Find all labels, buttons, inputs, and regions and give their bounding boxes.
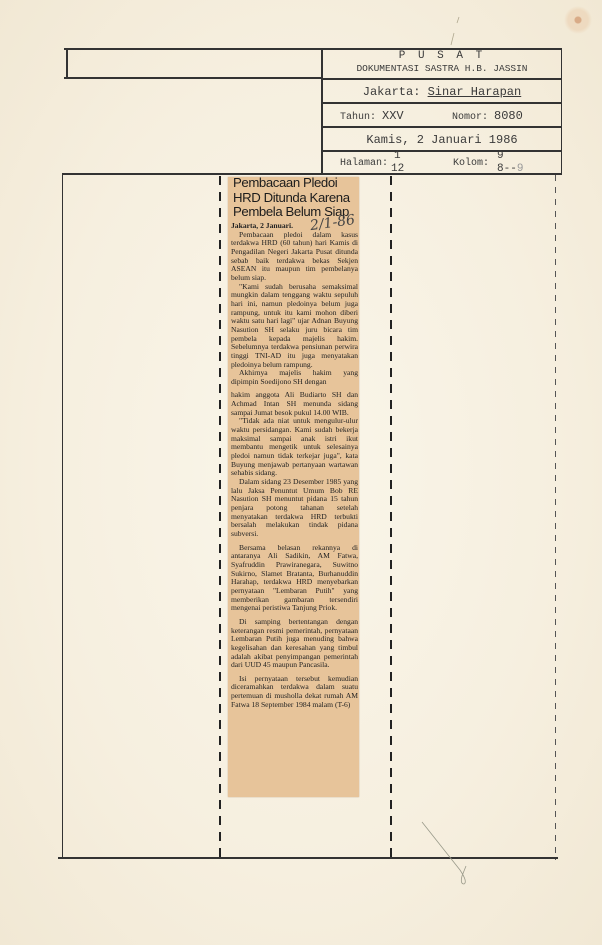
- column-guide-left: [219, 176, 221, 858]
- article-paragraph: Dalam sidang 23 Desember 1985 yang lalu …: [231, 478, 358, 539]
- nomor-label: Nomor:: [452, 112, 488, 123]
- header-row1-bottom: [321, 78, 562, 80]
- publication-name: Sinar Harapan: [428, 85, 522, 99]
- header-row1-bottom-left: [64, 77, 322, 79]
- nomor-field: Nomor: 8080: [452, 109, 523, 123]
- kolom-value-end: 9: [517, 163, 524, 175]
- kolom-value-range: 8--: [497, 163, 517, 175]
- header-row2-bottom: [321, 102, 562, 104]
- institution-line1: P U S A T: [322, 50, 562, 62]
- headline-line-2: HRD Ditunda Karena: [233, 191, 363, 206]
- article-paragraph: Isi pernyataan tersebut kemudian diceram…: [231, 675, 358, 710]
- article-paragraph: Pembacaan pledoi dalam kasus terdakwa HR…: [231, 231, 358, 283]
- article-paragraph: "Tidak ada niat untuk mengulur-ulur wakt…: [231, 417, 358, 478]
- article-dateline: Jakarta, 2 Januari.: [231, 221, 293, 230]
- institution-line2: DOKUMENTASI SASTRA H.B. JASSIN: [322, 63, 562, 74]
- tahun-label: Tahun:: [340, 112, 376, 123]
- header-row3-bottom: [321, 126, 562, 128]
- article-body: Jakarta, 2 Januari. Pembacaan pledoi dal…: [231, 222, 358, 709]
- body-bottom-border: [58, 857, 558, 859]
- halaman-value-bottom: 12: [391, 163, 404, 175]
- publication-row: Jakarta: Sinar Harapan: [322, 85, 562, 99]
- headline-line-1: Pembacaan Pledoi: [233, 176, 363, 191]
- article-paragraph: Di samping bertentangan dengan keteranga…: [231, 618, 358, 670]
- header-row4-bottom: [321, 150, 562, 152]
- tahun-value: XXV: [382, 109, 404, 123]
- article-paragraph: Akhirnya majelis hakim yang dipimpin Soe…: [231, 369, 358, 386]
- header-left-edge: [66, 48, 68, 78]
- halaman-label: Halaman:: [340, 158, 388, 169]
- kolom-value-top: 9: [497, 150, 504, 162]
- city-label: Jakarta:: [363, 85, 421, 99]
- article-paragraph: Bersama belasan rekannya di antaranya Al…: [231, 544, 358, 613]
- pen-mark: [420, 820, 480, 890]
- body-right-edge: [555, 175, 556, 860]
- kolom-label: Kolom:: [453, 158, 489, 169]
- nomor-value: 8080: [494, 109, 523, 123]
- article-paragraph: hakim anggota Ali Budiarto SH dan Achmad…: [231, 391, 358, 417]
- column-guide-right: [390, 176, 392, 860]
- tahun-field: Tahun: XXV: [340, 109, 404, 123]
- body-left-edge: [62, 175, 63, 857]
- issue-date: Kamis, 2 Januari 1986: [322, 133, 562, 147]
- halaman-value-top: 1: [394, 150, 401, 162]
- pencil-mark: [445, 15, 465, 55]
- article-paragraph: "Kami sudah berusaha semaksimal mungkin …: [231, 283, 358, 370]
- kolom-value-bottom: 8--9: [497, 163, 523, 175]
